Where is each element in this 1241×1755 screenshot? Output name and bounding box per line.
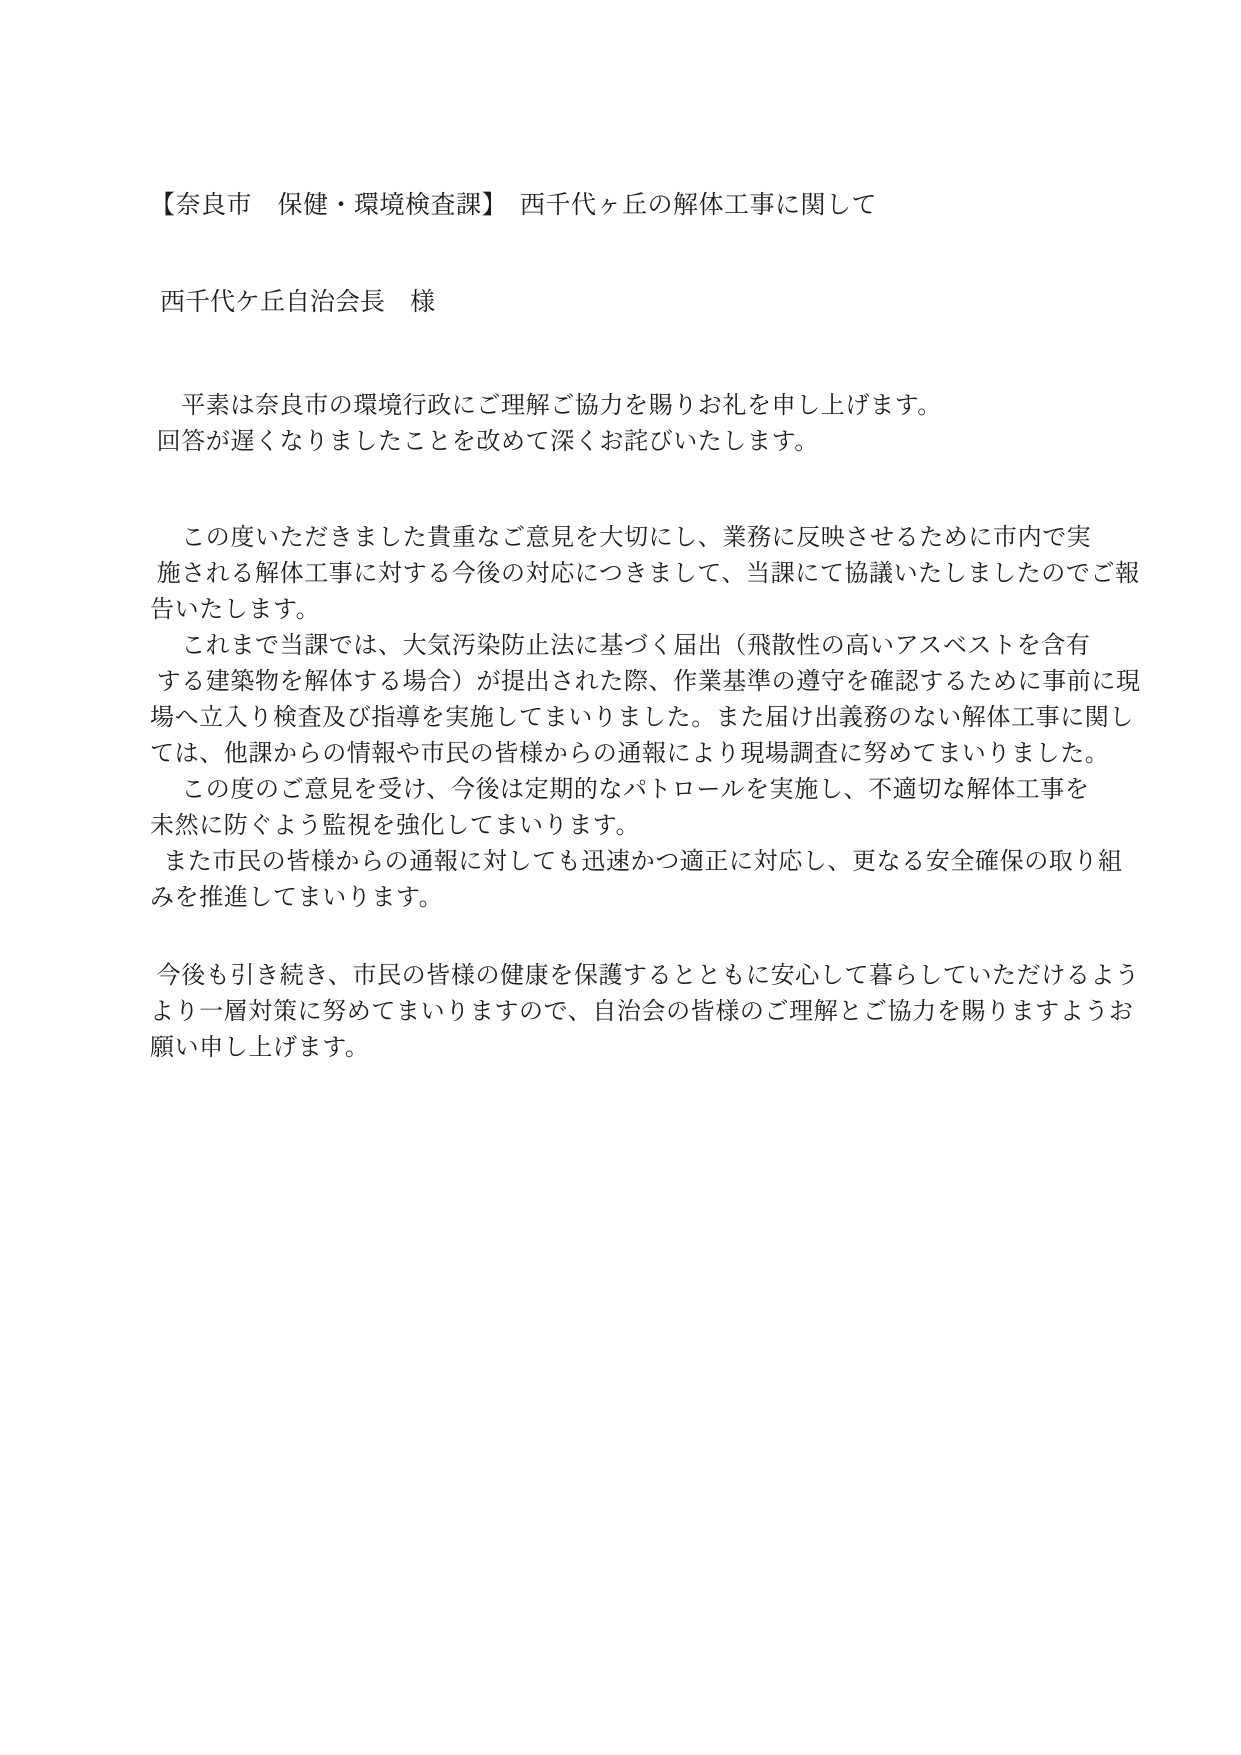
closing-paragraph: 今後も引き続き、市民の皆様の健康を保護するとともに安心して暮らしていただけるよう… <box>150 958 1201 1066</box>
text-line: この度のご意見を受け、今後は定期的なパトロールを実施し、不適切な解体工事を <box>150 772 1201 808</box>
text-line: 施される解体工事に対する今後の対応につきまして、当課にて協議いたしましたのでご報 <box>150 556 1201 592</box>
text-line: 回答が遅くなりましたことを改めて深くお詫びいたします。 <box>150 424 1201 460</box>
greeting-paragraph: 平素は奈良市の環境行政にご理解ご協力を賜りお礼を申し上げます。 回答が遅くなりま… <box>150 388 1201 460</box>
text-line: 未然に防ぐよう監視を強化してまいります。 <box>150 808 1201 844</box>
main-paragraph: この度いただきました貴重なご意見を大切にし、業務に反映させるために市内で実 施さ… <box>150 520 1201 916</box>
text-line: ては、他課からの情報や市民の皆様からの通報により現場調査に努めてまいりました。 <box>150 736 1201 772</box>
letter-title: 【奈良市 保健・環境検査課】 西千代ヶ丘の解体工事に関して <box>150 188 1201 224</box>
text-line: みを推進してまいります。 <box>150 880 1201 916</box>
text-line: より一層対策に努めてまいりますので、自治会の皆様のご理解とご協力を賜りますようお <box>150 994 1201 1030</box>
text-line: これまで当課では、大気汚染防止法に基づく届出（飛散性の高いアスベストを含有 <box>150 628 1201 664</box>
text-line: この度いただきました貴重なご意見を大切にし、業務に反映させるために市内で実 <box>150 520 1201 556</box>
text-line: する建築物を解体する場合）が提出された際、作業基準の遵守を確認するために事前に現 <box>150 664 1201 700</box>
text-line: また市民の皆様からの通報に対しても迅速かつ適正に対応し、更なる安全確保の取り組 <box>150 844 1201 880</box>
text-line: 場へ立入り検査及び指導を実施してまいりました。また届け出義務のない解体工事に関し <box>150 700 1201 736</box>
text-line: 願い申し上げます。 <box>150 1030 1201 1066</box>
letter-addressee: 西千代ケ丘自治会長 様 <box>150 285 1201 321</box>
text-line: 告いたします。 <box>150 592 1201 628</box>
letter-page: 【奈良市 保健・環境検査課】 西千代ヶ丘の解体工事に関して 西千代ケ丘自治会長 … <box>0 0 1241 1755</box>
text-line: 平素は奈良市の環境行政にご理解ご協力を賜りお礼を申し上げます。 <box>150 388 1201 424</box>
text-line: 今後も引き続き、市民の皆様の健康を保護するとともに安心して暮らしていただけるよう <box>150 958 1201 994</box>
